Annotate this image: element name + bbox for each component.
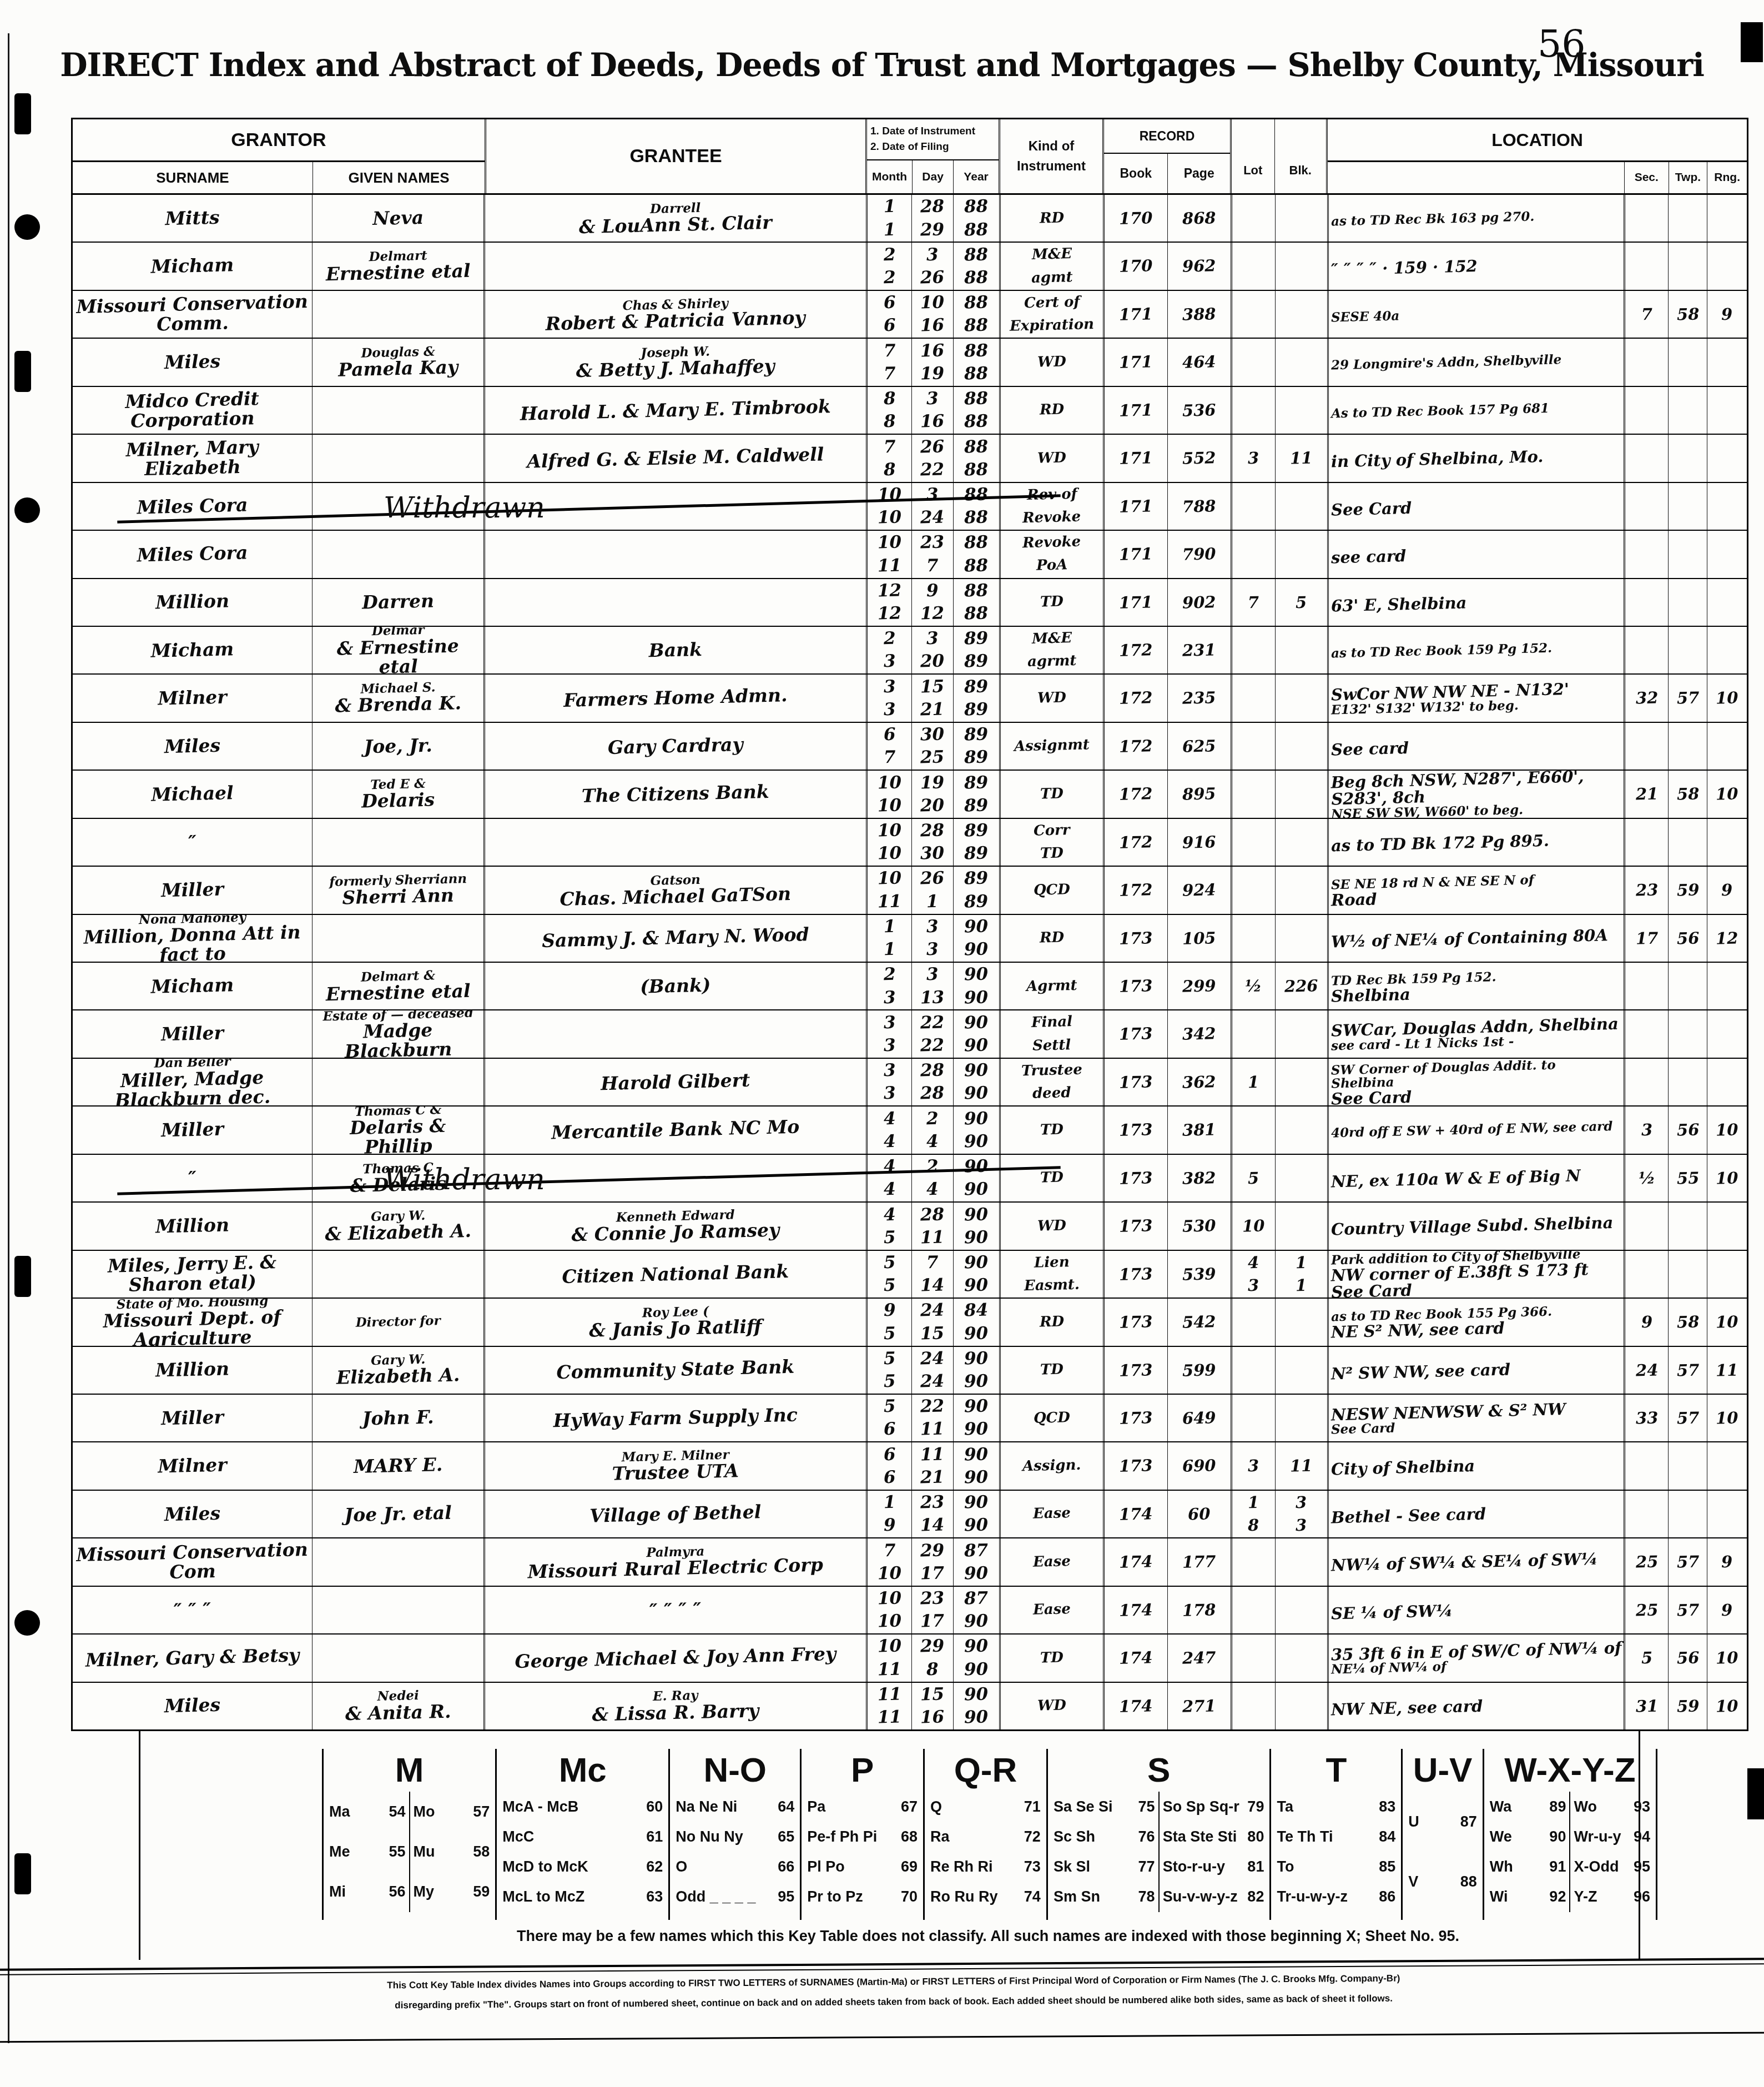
blk-cell bbox=[1275, 723, 1327, 770]
key-entry: McA - McB60 bbox=[502, 1798, 663, 1816]
key-entry: Re Rh Ri73 bbox=[930, 1858, 1041, 1875]
handwritten-text: 89 bbox=[964, 677, 989, 696]
record-page-cell: 235 bbox=[1167, 675, 1231, 721]
date-day-cell: 912 bbox=[911, 579, 953, 626]
twp-cell: 59 bbox=[1668, 1683, 1707, 1729]
sec-cell bbox=[1624, 387, 1668, 434]
handwritten-text: 2 bbox=[926, 1158, 939, 1176]
record-book-cell: 173 bbox=[1103, 1107, 1167, 1153]
record-page-cell: 177 bbox=[1167, 1538, 1231, 1585]
handwritten-text: Million, Donna Att in fact to bbox=[74, 923, 310, 962]
record-book-cell: 170 bbox=[1103, 243, 1167, 289]
handwritten-text: Milner bbox=[75, 1454, 310, 1478]
handwritten-text: 174 bbox=[1119, 1505, 1153, 1523]
grantor-given-cell: MARY E. bbox=[312, 1442, 483, 1489]
header-rng: Rng. bbox=[1707, 162, 1747, 193]
key-entry-sheet-number: 89 bbox=[1549, 1798, 1566, 1816]
key-entry-sheet-number: 64 bbox=[778, 1798, 794, 1816]
key-entry: Ro Ru Ry74 bbox=[930, 1888, 1041, 1905]
lot-cell bbox=[1231, 483, 1275, 530]
twp-cell: 56 bbox=[1668, 1107, 1707, 1153]
key-entry: U87 bbox=[1408, 1813, 1477, 1830]
handwritten-text: 9 bbox=[1721, 882, 1733, 899]
date-day-cell: 2622 bbox=[911, 435, 953, 481]
handwritten-text: 10 bbox=[1716, 1409, 1738, 1426]
key-entry: Odd _ _ _ _95 bbox=[676, 1888, 794, 1905]
kind-of-instrument-cell: TD bbox=[999, 1155, 1103, 1201]
grantor-given-cell bbox=[312, 1059, 483, 1105]
handwritten-text: ″ bbox=[75, 1165, 310, 1190]
handwritten-text: 174 bbox=[1119, 1601, 1153, 1619]
handwritten-text: 57 bbox=[1676, 690, 1699, 707]
record-book-cell: 171 bbox=[1103, 291, 1167, 338]
handwritten-text: 1 bbox=[926, 892, 939, 911]
handwritten-text: 90 bbox=[964, 1445, 989, 1464]
handwritten-text: 172 bbox=[1119, 833, 1153, 851]
key-entry: Sa Se Si75 bbox=[1054, 1798, 1155, 1816]
date-month-cell: 55 bbox=[866, 1251, 911, 1298]
handwritten-text: 1 bbox=[883, 941, 895, 959]
handwritten-text: Cert of bbox=[1024, 295, 1080, 311]
rng-cell bbox=[1707, 1203, 1747, 1249]
handwritten-text: 28 bbox=[920, 1084, 945, 1103]
kind-of-instrument-cell: TD bbox=[999, 1107, 1103, 1153]
ledger-body: MittsNevaDarrell& LouAnn St. Clair112829… bbox=[73, 195, 1747, 1729]
ledger-row: Missouri Conservation ComPalmyraMissouri… bbox=[73, 1538, 1747, 1586]
handwritten-text: Madge Blackburn bbox=[314, 1019, 482, 1057]
location-cell: Beg 8ch NSW, N287', E660', S283', 8chNSE… bbox=[1327, 771, 1624, 817]
handwritten-text: 90 bbox=[964, 917, 989, 936]
record-page-cell: 362 bbox=[1167, 1059, 1231, 1105]
twp-cell bbox=[1668, 627, 1707, 673]
record-book-cell: 170 bbox=[1103, 195, 1167, 242]
key-entry-sheet-number: 83 bbox=[1379, 1798, 1395, 1816]
lot-cell bbox=[1231, 1587, 1275, 1633]
handwritten-text: 1 bbox=[883, 198, 895, 216]
handwritten-text: 12 bbox=[878, 605, 902, 623]
key-entry: Q71 bbox=[930, 1798, 1041, 1816]
handwritten-text: 88 bbox=[964, 509, 989, 527]
twp-cell: 58 bbox=[1668, 291, 1707, 338]
handwritten-text: 10 bbox=[1716, 1697, 1738, 1714]
date-month-cell: 1011 bbox=[866, 867, 911, 913]
handwritten-text: 59 bbox=[1676, 882, 1699, 899]
grantor-surname-cell: ″ ″ ″ bbox=[73, 1587, 312, 1633]
handwritten-text: Darren bbox=[315, 591, 482, 614]
sec-cell: 21 bbox=[1624, 771, 1668, 817]
handwritten-text: 29 bbox=[920, 1637, 945, 1656]
key-entry-label: Wr-u-y bbox=[1574, 1828, 1621, 1845]
date-day-cell: 316 bbox=[911, 387, 953, 434]
date-year-cell: 9090 bbox=[953, 1347, 999, 1394]
handwritten-text: 90 bbox=[964, 988, 989, 1007]
ledger-row: Dan BellerMiller, Madge Blackburn dec.Ha… bbox=[73, 1059, 1747, 1107]
handwritten-text: Miller, Madge Blackburn dec. bbox=[74, 1067, 310, 1105]
handwritten-text: 5 bbox=[1641, 1650, 1652, 1667]
handwritten-text: 4 bbox=[883, 1109, 895, 1128]
record-book-cell: 171 bbox=[1103, 579, 1167, 626]
key-entry: Sc Sh76 bbox=[1054, 1828, 1155, 1845]
kind-of-instrument-cell: TD bbox=[999, 1635, 1103, 1681]
key-entry: My59 bbox=[414, 1883, 490, 1900]
key-section-title: Mc bbox=[499, 1752, 666, 1788]
record-page-cell: 247 bbox=[1167, 1635, 1231, 1681]
grantor-surname-cell: ″ bbox=[73, 819, 312, 866]
fine-print: This Cott Key Table Index divides Names … bbox=[167, 1967, 1621, 2017]
handwritten-text: QCD bbox=[1034, 882, 1071, 898]
handwritten-text: ″ ″ ″ ″ · 159 · 152 bbox=[1330, 254, 1621, 278]
handwritten-text: 12 bbox=[1716, 929, 1738, 947]
record-book-cell: 173 bbox=[1103, 1203, 1167, 1249]
date-year-cell: 8888 bbox=[953, 195, 999, 242]
key-entry: Me55 bbox=[329, 1843, 406, 1860]
handwritten-text: 5 bbox=[883, 1228, 895, 1246]
handwritten-text: As to TD Rec Book 157 Pg 681 bbox=[1330, 400, 1621, 420]
sec-cell: 9 bbox=[1624, 1299, 1668, 1345]
handwritten-text: 3 bbox=[1248, 1457, 1259, 1475]
sec-cell bbox=[1624, 1491, 1668, 1537]
twp-cell bbox=[1668, 1491, 1707, 1537]
handwritten-text: 29 Longmire's Addn, Shelbyville bbox=[1330, 352, 1621, 373]
handwritten-text: 10 bbox=[878, 1637, 902, 1656]
grantor-surname-cell: Micham bbox=[73, 243, 312, 289]
rng-cell bbox=[1707, 243, 1747, 289]
handwritten-text: & Ernestine etal bbox=[314, 636, 482, 673]
date-month-cell: 1212 bbox=[866, 579, 911, 626]
record-book-cell: 171 bbox=[1103, 531, 1167, 577]
handwritten-text: 88 bbox=[964, 341, 989, 360]
ledger-row: Millerformerly SherriannSherri AnnGatson… bbox=[73, 867, 1747, 914]
kind-of-instrument-cell: WD bbox=[999, 1683, 1103, 1729]
handwritten-text: 24 bbox=[1635, 1361, 1658, 1379]
grantor-surname-cell: Micham bbox=[73, 627, 312, 673]
handwritten-text: RD bbox=[1040, 403, 1065, 418]
date-month-cell: 710 bbox=[866, 1538, 911, 1585]
date-year-cell: 8790 bbox=[953, 1587, 999, 1633]
handwritten-text: John F. bbox=[315, 1406, 482, 1430]
handwritten-text: 25 bbox=[1635, 1601, 1658, 1618]
handwritten-text: Alfred G. & Elsie M. Caldwell bbox=[487, 444, 864, 472]
handwritten-text: 171 bbox=[1119, 305, 1153, 323]
handwritten-text: 3 bbox=[883, 988, 895, 1007]
handwritten-text: 88 bbox=[964, 198, 989, 217]
key-entry-label: Pe-f Ph Pi bbox=[807, 1828, 877, 1845]
handwritten-text: 3 bbox=[926, 918, 939, 936]
handwritten-text: 177 bbox=[1182, 1553, 1216, 1571]
handwritten-text: 15 bbox=[920, 1685, 945, 1704]
handwritten-text: 10 bbox=[878, 509, 902, 527]
handwritten-text: 21 bbox=[1635, 786, 1658, 803]
key-entry-label: No Nu Ny bbox=[676, 1828, 743, 1845]
handwritten-text: 9 bbox=[926, 582, 939, 600]
key-section-title: M bbox=[326, 1752, 493, 1788]
lot-cell bbox=[1231, 339, 1275, 385]
record-page-cell: 924 bbox=[1167, 867, 1231, 913]
lot-cell bbox=[1231, 1010, 1275, 1057]
ledger-row: MichamDelmartErnestine etal223268888M&Ea… bbox=[73, 243, 1747, 290]
handwritten-text: 88 bbox=[964, 316, 989, 335]
handwritten-text: 88 bbox=[964, 534, 989, 552]
key-entry-sheet-number: 82 bbox=[1247, 1888, 1264, 1905]
handwritten-text: RD bbox=[1040, 931, 1065, 946]
key-entry-label: Wh bbox=[1490, 1858, 1513, 1875]
grantor-given-cell bbox=[312, 1538, 483, 1585]
handwritten-text: 3 bbox=[883, 652, 895, 671]
date-day-cell: 2917 bbox=[911, 1538, 953, 1585]
key-entry: Sk Sl77 bbox=[1054, 1858, 1155, 1875]
handwritten-text: Revoke bbox=[1022, 535, 1081, 551]
key-entry-label: Sk Sl bbox=[1054, 1858, 1090, 1875]
key-entry-label: Mo bbox=[414, 1803, 435, 1821]
ledger-row: Nona MahoneyMillion, Donna Att in fact t… bbox=[73, 915, 1747, 963]
key-entry-label: McA - McB bbox=[502, 1798, 578, 1816]
record-book-cell: 174 bbox=[1103, 1635, 1167, 1681]
grantee-cell: HyWay Farm Supply Inc bbox=[483, 1395, 866, 1441]
record-page-cell: 388 bbox=[1167, 291, 1231, 338]
kind-of-instrument-cell: WD bbox=[999, 675, 1103, 721]
handwritten-text: 1 bbox=[1248, 1494, 1259, 1511]
header-date-of-filing: 2. Date of Filing bbox=[870, 139, 995, 155]
record-book-cell: 173 bbox=[1103, 1347, 1167, 1394]
date-day-cell: 1121 bbox=[911, 1442, 953, 1489]
handwritten-text: Harold Gilbert bbox=[487, 1068, 864, 1096]
key-entry-label: Sm Sn bbox=[1054, 1888, 1100, 1905]
handwritten-text: 90 bbox=[964, 1036, 989, 1055]
key-entry-sheet-number: 93 bbox=[1634, 1798, 1650, 1816]
handwritten-text: 7 bbox=[926, 556, 939, 575]
handwritten-text: 10 bbox=[878, 1564, 902, 1583]
handwritten-text: QCD bbox=[1034, 1410, 1071, 1426]
sec-cell: 7 bbox=[1624, 291, 1668, 338]
handwritten-text: 536 bbox=[1182, 401, 1216, 419]
handwritten-text: NW NE, see card bbox=[1330, 1694, 1621, 1718]
date-day-cell: 2314 bbox=[911, 1491, 953, 1537]
lot-cell: 3 bbox=[1231, 1442, 1275, 1489]
location-cell: SW Corner of Douglas Addit. to ShelbinaS… bbox=[1327, 1059, 1624, 1105]
record-book-cell: 172 bbox=[1103, 723, 1167, 770]
handwritten-text: 29 bbox=[920, 1541, 945, 1560]
handwritten-text: 26 bbox=[920, 268, 945, 287]
ledger-row: MillionDarren12129128888TD1719027563' E,… bbox=[73, 579, 1747, 627]
rng-cell bbox=[1707, 963, 1747, 1009]
handwritten-text: 11 bbox=[1716, 1361, 1738, 1379]
key-entry-label: Wa bbox=[1490, 1798, 1512, 1816]
sec-cell bbox=[1624, 243, 1668, 289]
kind-of-instrument-cell: TD bbox=[999, 579, 1103, 626]
grantor-surname-cell: State of Mo. HousingMissouri Dept. of Ag… bbox=[73, 1299, 312, 1345]
grantor-surname-cell: Missouri Conservation Com bbox=[73, 1538, 312, 1585]
location-cell: as to TD Rec Book 159 Pg 152. bbox=[1327, 627, 1624, 673]
handwritten-text: & Elizabeth A. bbox=[315, 1221, 482, 1244]
blk-cell: 11 bbox=[1275, 435, 1327, 481]
header-day: Day bbox=[912, 160, 953, 193]
date-year-cell: 8989 bbox=[953, 723, 999, 770]
lot-cell bbox=[1231, 1395, 1275, 1441]
handwritten-text: 8 bbox=[883, 460, 895, 479]
rng-cell: 10 bbox=[1707, 1155, 1747, 1201]
sec-cell bbox=[1624, 435, 1668, 481]
date-year-cell: 9090 bbox=[953, 1251, 999, 1298]
handwritten-text: 690 bbox=[1182, 1457, 1216, 1475]
handwritten-text: Milner, Mary Elizabeth bbox=[74, 436, 310, 481]
key-entry: Ta83 bbox=[1277, 1798, 1395, 1816]
grantor-surname-cell: Dan BellerMiller, Madge Blackburn dec. bbox=[73, 1059, 312, 1105]
key-entry-label: Pl Po bbox=[807, 1858, 845, 1875]
record-book-cell: 174 bbox=[1103, 1538, 1167, 1585]
ledger-row: ″101028308989CorrTD172916as to TD Bk 172… bbox=[73, 819, 1747, 867]
rng-cell: 10 bbox=[1707, 1299, 1747, 1345]
handwritten-text: Micham bbox=[75, 638, 310, 663]
grantee-cell: Harold L. & Mary E. Timbrook bbox=[483, 387, 866, 434]
handwritten-text: WD bbox=[1037, 1698, 1066, 1714]
twp-cell bbox=[1668, 723, 1707, 770]
lot-cell bbox=[1231, 819, 1275, 866]
twp-cell: 58 bbox=[1668, 1299, 1707, 1345]
grantee-cell: Village of Bethel bbox=[483, 1491, 866, 1537]
lot-cell: ½ bbox=[1231, 963, 1275, 1009]
blk-cell bbox=[1275, 483, 1327, 530]
sec-cell bbox=[1624, 1203, 1668, 1249]
date-month-cell: 33 bbox=[866, 675, 911, 721]
kind-of-instrument-cell: RD bbox=[999, 915, 1103, 962]
lot-cell: 18 bbox=[1231, 1491, 1275, 1537]
key-entry: Mu58 bbox=[414, 1843, 490, 1860]
record-page-cell: 649 bbox=[1167, 1395, 1231, 1441]
handwritten-text: 40rd off E SW + 40rd of E NW, see card bbox=[1330, 1120, 1621, 1140]
location-cell: as to TD Rec Book 155 Pg 366.NE S² NW, s… bbox=[1327, 1299, 1624, 1345]
handwritten-text: 30 bbox=[920, 844, 945, 863]
location-cell: See card bbox=[1327, 723, 1624, 770]
record-page-cell: 539 bbox=[1167, 1251, 1231, 1298]
grantor-surname-cell: Milner, Mary Elizabeth bbox=[73, 435, 312, 481]
rng-cell: 9 bbox=[1707, 291, 1747, 338]
key-entry: So Sp Sq-r79 bbox=[1163, 1798, 1264, 1816]
handwritten-text: 7 bbox=[883, 1541, 895, 1560]
handwritten-text: Sherri Ann bbox=[315, 885, 482, 908]
handwritten-text: 895 bbox=[1182, 786, 1216, 803]
handwritten-text: 90 bbox=[964, 1324, 989, 1343]
grantor-given-cell bbox=[312, 387, 483, 434]
key-entry-label: Mu bbox=[414, 1843, 435, 1860]
sec-cell: 5 bbox=[1624, 1635, 1668, 1681]
handwritten-text: 88 bbox=[964, 364, 989, 383]
record-book-cell: 173 bbox=[1103, 1442, 1167, 1489]
handwritten-text: 24 bbox=[920, 1301, 945, 1320]
handwritten-text: M&E bbox=[1032, 247, 1072, 263]
handwritten-text: Miles Cora bbox=[75, 542, 310, 567]
twp-cell: 56 bbox=[1668, 1635, 1707, 1681]
key-entry-label: Ta bbox=[1277, 1798, 1293, 1816]
key-entry-label: My bbox=[414, 1883, 435, 1900]
lot-cell bbox=[1231, 195, 1275, 242]
handwritten-text: 10 bbox=[878, 534, 902, 552]
ledger-row: Miles Cora10103248888Rev ofRevoke171788S… bbox=[73, 483, 1747, 531]
grantor-surname-cell: Miller bbox=[73, 1010, 312, 1057]
ledger-row: Milner, Mary ElizabethAlfred G. & Elsie … bbox=[73, 435, 1747, 482]
handwritten-text: 171 bbox=[1119, 401, 1153, 419]
key-section-title: W-X-Y-Z bbox=[1486, 1752, 1654, 1788]
key-entry-label: Te Th Ti bbox=[1277, 1828, 1333, 1845]
handwritten-text: 3 bbox=[926, 965, 939, 984]
grantor-surname-cell: Mitts bbox=[73, 195, 312, 242]
handwritten-text: 90 bbox=[964, 1349, 989, 1368]
handwritten-text: 90 bbox=[964, 1564, 989, 1583]
key-entry-label: X-Odd bbox=[1574, 1858, 1619, 1875]
date-year-cell: 8888 bbox=[953, 291, 999, 338]
handwritten-text: 173 bbox=[1119, 1217, 1153, 1235]
handwritten-text: TD bbox=[1040, 786, 1064, 802]
handwritten-text: Missouri Conservation Comm. bbox=[74, 292, 310, 336]
key-entry-label: Mi bbox=[329, 1883, 346, 1900]
handwritten-text: 88 bbox=[964, 460, 989, 479]
handwritten-text: 57 bbox=[1676, 1409, 1699, 1426]
record-page-cell: 464 bbox=[1167, 339, 1231, 385]
handwritten-text: 10 bbox=[878, 1612, 902, 1631]
kind-of-instrument-cell: Assignmt bbox=[999, 723, 1103, 770]
handwritten-text: 5 bbox=[1248, 1170, 1259, 1187]
key-entry-label: Me bbox=[329, 1843, 350, 1860]
handwritten-text: & Anita R. bbox=[315, 1701, 482, 1724]
key-entry: V88 bbox=[1408, 1873, 1477, 1890]
key-entry: Sto-r-u-y81 bbox=[1163, 1858, 1264, 1875]
rng-cell bbox=[1707, 723, 1747, 770]
rng-cell bbox=[1707, 435, 1747, 481]
twp-cell bbox=[1668, 483, 1707, 530]
date-month-cell: 1011 bbox=[866, 531, 911, 577]
handwritten-text: 19 bbox=[920, 364, 945, 383]
handwritten-text: Ease bbox=[1033, 1602, 1071, 1618]
rng-cell: 10 bbox=[1707, 1683, 1747, 1729]
handwritten-text: 90 bbox=[964, 1132, 989, 1151]
record-page-cell: 552 bbox=[1167, 435, 1231, 481]
key-entry: McL to McZ63 bbox=[502, 1888, 663, 1905]
key-entry-label: Na Ne Ni bbox=[676, 1798, 737, 1816]
grantor-given-cell bbox=[312, 435, 483, 481]
handwritten-text: as to TD Rec Bk 163 pg 270. bbox=[1330, 208, 1621, 229]
grantor-surname-cell: Miles, Jerry E. & Sharon etal) bbox=[73, 1251, 312, 1298]
handwritten-text: 530 bbox=[1182, 1217, 1216, 1235]
header-kind-1: Kind of bbox=[1029, 137, 1075, 157]
key-entry-label: Sto-r-u-y bbox=[1163, 1858, 1225, 1875]
key-entry-sheet-number: 81 bbox=[1247, 1858, 1264, 1875]
record-book-cell: 171 bbox=[1103, 387, 1167, 434]
header-grantee: GRANTEE bbox=[486, 119, 865, 193]
location-cell: 63' E, Shelbina bbox=[1327, 579, 1624, 626]
record-page-cell: 902 bbox=[1167, 579, 1231, 626]
handwritten-text: 172 bbox=[1119, 786, 1153, 803]
key-entry: Sta Ste Sti80 bbox=[1163, 1828, 1264, 1845]
handwritten-text: 26 bbox=[920, 869, 945, 888]
margin-rule-left bbox=[139, 1731, 140, 1960]
date-day-cell: 2828 bbox=[911, 1059, 953, 1105]
lot-cell: 7 bbox=[1231, 579, 1275, 626]
record-page-cell: 599 bbox=[1167, 1347, 1231, 1394]
location-cell: SESE 40a bbox=[1327, 291, 1624, 338]
key-entry: McD to McK62 bbox=[502, 1858, 663, 1875]
handwritten-text: 5 bbox=[883, 1276, 895, 1295]
rng-cell: 9 bbox=[1707, 867, 1747, 913]
binder-mark bbox=[14, 1256, 31, 1297]
sec-cell: ½ bbox=[1624, 1155, 1668, 1201]
grantee-cell: Mercantile Bank NC Mo bbox=[483, 1107, 866, 1153]
location-cell: SE NE 18 rd N & NE SE N ofRoad bbox=[1327, 867, 1624, 913]
rng-cell: 10 bbox=[1707, 675, 1747, 721]
record-page-cell: 105 bbox=[1167, 915, 1231, 962]
handwritten-text: 173 bbox=[1119, 1025, 1153, 1043]
handwritten-text: 57 bbox=[1676, 1553, 1699, 1571]
handwritten-text: 23 bbox=[920, 534, 945, 552]
grantor-surname-cell: Milner, Gary & Betsy bbox=[73, 1635, 312, 1681]
